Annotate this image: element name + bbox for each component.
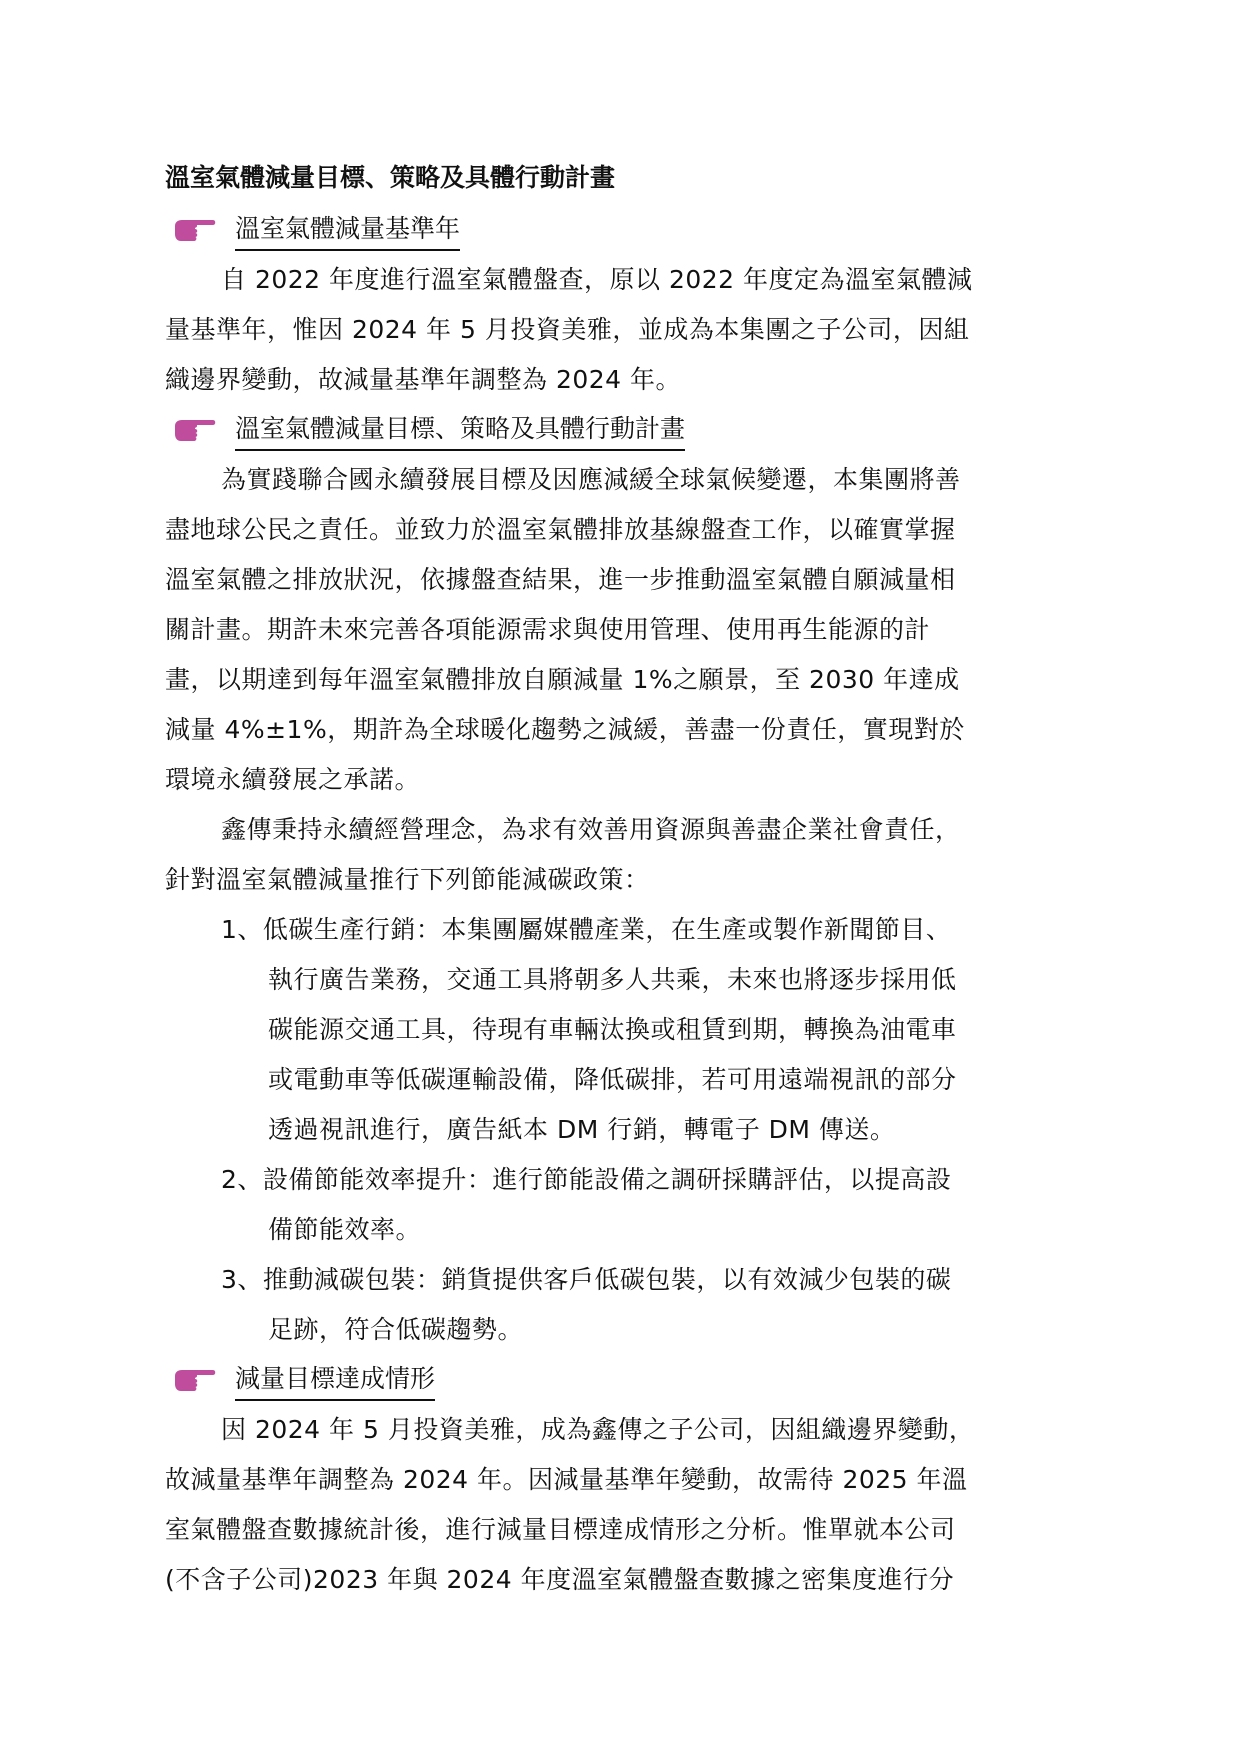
text-line: 溫室氣體之排放狀況，依據盤查結果，進一步推動溫室氣體自願減量相 <box>165 555 1070 605</box>
text-line: 設備節能效率提升：進行節能設備之調研採購評估，以提高設 <box>263 1165 952 1194</box>
text-line: 鑫傳秉持永續經營理念，為求有效善用資源與善盡企業社會責任， <box>165 805 1070 855</box>
list-item-first-line: 2、設備節能效率提升：進行節能設備之調研採購評估，以提高設 <box>165 1155 1070 1205</box>
section-heading-achievement: 減量目標達成情形 <box>165 1355 1070 1405</box>
text-line: 盡地球公民之責任。並致力於溫室氣體排放基線盤查工作，以確實掌握 <box>165 505 1070 555</box>
policy-list-item: 3、推動減碳包裝：銷貨提供客戶低碳包裝，以有效減少包裝的碳 足跡，符合低碳趨勢。 <box>165 1255 1070 1355</box>
text-line: 環境永續發展之承諾。 <box>165 755 1070 805</box>
text-line: 執行廣告業務，交通工具將朝多人共乘，未來也將逐步採用低 <box>165 955 1070 1005</box>
paragraph: 為實踐聯合國永續發展目標及因應減緩全球氣候變遷，本集團將善 盡地球公民之責任。並… <box>165 455 1070 805</box>
list-item-first-line: 1、低碳生產行銷：本集團屬媒體產業，在生產或製作新聞節目、 <box>165 905 1070 955</box>
paragraph: 因 2024 年 5 月投資美雅，成為鑫傳之子公司，因組織邊界變動， 故減量基準… <box>165 1405 1070 1605</box>
section-heading-label: 溫室氣體減量目標、策略及具體行動計畫 <box>235 409 685 451</box>
paragraph: 鑫傳秉持永續經營理念，為求有效善用資源與善盡企業社會責任， 針對溫室氣體減量推行… <box>165 805 1070 905</box>
text-line: 或電動車等低碳運輸設備，降低碳排，若可用遠端視訊的部分 <box>165 1055 1070 1105</box>
document-page: 溫室氣體減量目標、策略及具體行動計畫 溫室氣體減量基準年 自 2022 年度進行… <box>165 155 1070 1605</box>
list-item-first-line: 3、推動減碳包裝：銷貨提供客戶低碳包裝，以有效減少包裝的碳 <box>165 1255 1070 1305</box>
section-heading-label: 溫室氣體減量基準年 <box>235 209 460 251</box>
text-line: 室氣體盤查數據統計後，進行減量目標達成情形之分析。惟單就本公司 <box>165 1505 1070 1555</box>
text-line: 備節能效率。 <box>165 1205 1070 1255</box>
text-line: 透過視訊進行，廣告紙本 DM 行銷，轉電子 DM 傳送。 <box>165 1105 1070 1155</box>
text-line: (不含子公司)2023 年與 2024 年度溫室氣體盤查數據之密集度進行分 <box>165 1555 1070 1605</box>
section-heading-label: 減量目標達成情形 <box>235 1359 435 1401</box>
pointing-hand-icon <box>173 217 217 243</box>
text-line: 足跡，符合低碳趨勢。 <box>165 1305 1070 1355</box>
text-line: 碳能源交通工具，待現有車輛汰換或租賃到期，轉換為油電車 <box>165 1005 1070 1055</box>
text-line: 關計畫。期許未來完善各項能源需求與使用管理、使用再生能源的計 <box>165 605 1070 655</box>
policy-list: 1、低碳生產行銷：本集團屬媒體產業，在生產或製作新聞節目、 執行廣告業務，交通工… <box>165 905 1070 1355</box>
paragraph: 自 2022 年度進行溫室氣體盤查，原以 2022 年度定為溫室氣體減 量基準年… <box>165 255 1070 405</box>
text-line: 針對溫室氣體減量推行下列節能減碳政策： <box>165 855 1070 905</box>
text-line: 推動減碳包裝：銷貨提供客戶低碳包裝，以有效減少包裝的碳 <box>263 1265 952 1294</box>
pointing-hand-icon <box>173 1367 217 1393</box>
section-heading-targets-strategy: 溫室氣體減量目標、策略及具體行動計畫 <box>165 405 1070 455</box>
pointing-hand-icon <box>173 417 217 443</box>
text-line: 織邊界變動，故減量基準年調整為 2024 年。 <box>165 355 1070 405</box>
list-number: 2、 <box>221 1165 263 1194</box>
text-line: 量基準年，惟因 2024 年 5 月投資美雅，並成為本集團之子公司，因組 <box>165 305 1070 355</box>
policy-list-item: 1、低碳生產行銷：本集團屬媒體產業，在生產或製作新聞節目、 執行廣告業務，交通工… <box>165 905 1070 1155</box>
document-title: 溫室氣體減量目標、策略及具體行動計畫 <box>165 155 1070 205</box>
text-line: 畫，以期達到每年溫室氣體排放自願減量 1%之願景，至 2030 年達成 <box>165 655 1070 705</box>
text-line: 為實踐聯合國永續發展目標及因應減緩全球氣候變遷，本集團將善 <box>165 455 1070 505</box>
list-number: 3、 <box>221 1265 263 1294</box>
text-line: 自 2022 年度進行溫室氣體盤查，原以 2022 年度定為溫室氣體減 <box>165 255 1070 305</box>
text-line: 減量 4%±1%，期許為全球暖化趨勢之減緩，善盡一份責任，實現對於 <box>165 705 1070 755</box>
policy-list-item: 2、設備節能效率提升：進行節能設備之調研採購評估，以提高設 備節能效率。 <box>165 1155 1070 1255</box>
text-line: 因 2024 年 5 月投資美雅，成為鑫傳之子公司，因組織邊界變動， <box>165 1405 1070 1455</box>
section-heading-baseline-year: 溫室氣體減量基準年 <box>165 205 1070 255</box>
text-line: 故減量基準年調整為 2024 年。因減量基準年變動，故需待 2025 年溫 <box>165 1455 1070 1505</box>
list-number: 1、 <box>221 915 263 944</box>
text-line: 低碳生產行銷：本集團屬媒體產業，在生產或製作新聞節目、 <box>263 915 952 944</box>
